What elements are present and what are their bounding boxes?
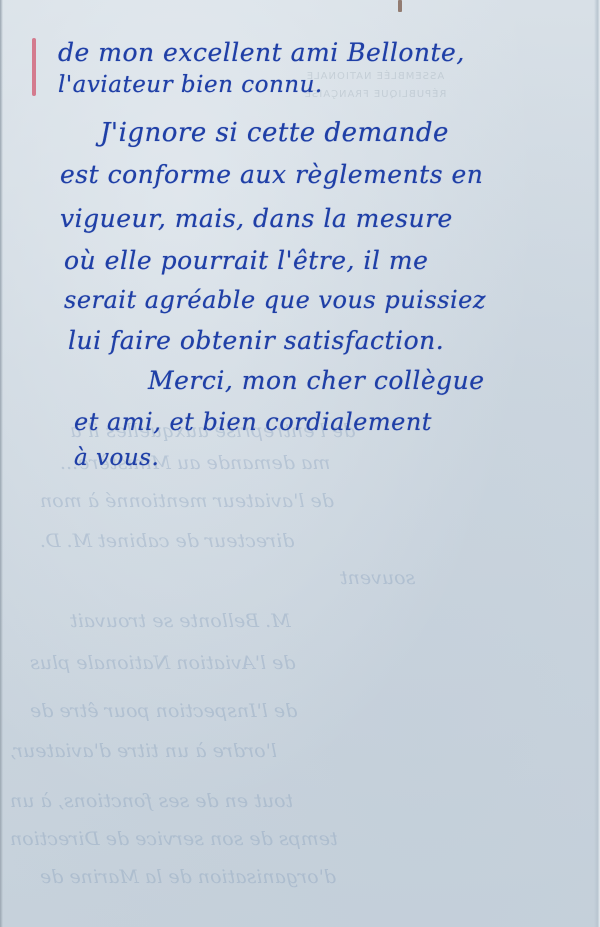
letter-line: l'aviateur bien connu. bbox=[58, 72, 323, 98]
letter-line: Merci, mon cher collègue bbox=[148, 366, 485, 395]
letter-line: de mon excellent ami Bellonte, bbox=[58, 38, 465, 67]
bleed-line: l'ordre à un titre d'aviateur, bbox=[10, 740, 277, 762]
bleed-line: souvent bbox=[340, 567, 415, 589]
bleed-line: de l'aviateur mentionné à mon bbox=[40, 490, 334, 512]
letter-line: vigueur, mais, dans la mesure bbox=[60, 204, 453, 233]
letter-line: J'ignore si cette demande bbox=[100, 118, 449, 148]
bleed-line: M. Bellonte se trouvait bbox=[70, 610, 291, 632]
red-margin-mark bbox=[32, 38, 36, 96]
letter-line: où elle pourrait l'être, il me bbox=[64, 246, 428, 275]
letter-line: lui faire obtenir satisfaction. bbox=[68, 326, 444, 355]
bleed-line: de l'Aviation Nationale plus bbox=[30, 652, 296, 674]
letter-page: ASSEMBLÉE NATIONALE RÉPUBLIQUE FRANÇAISE… bbox=[0, 0, 600, 927]
bleed-line: tout en de ses fonctions, à un bbox=[10, 790, 293, 812]
bleed-line: d'organisation de la Marine de bbox=[40, 866, 336, 888]
letter-line: et ami, et bien cordialement bbox=[74, 408, 432, 436]
letter-line: est conforme aux règlements en bbox=[60, 160, 483, 189]
letter-line: serait agréable que vous puissiez bbox=[64, 286, 486, 314]
bleed-line: temps de son service de Direction bbox=[10, 828, 338, 850]
letter-line: à vous. bbox=[74, 445, 159, 471]
bleed-line: de l'Inspection pour être de bbox=[30, 700, 297, 722]
bleed-line: directeur de cabinet M. D. bbox=[40, 530, 294, 552]
